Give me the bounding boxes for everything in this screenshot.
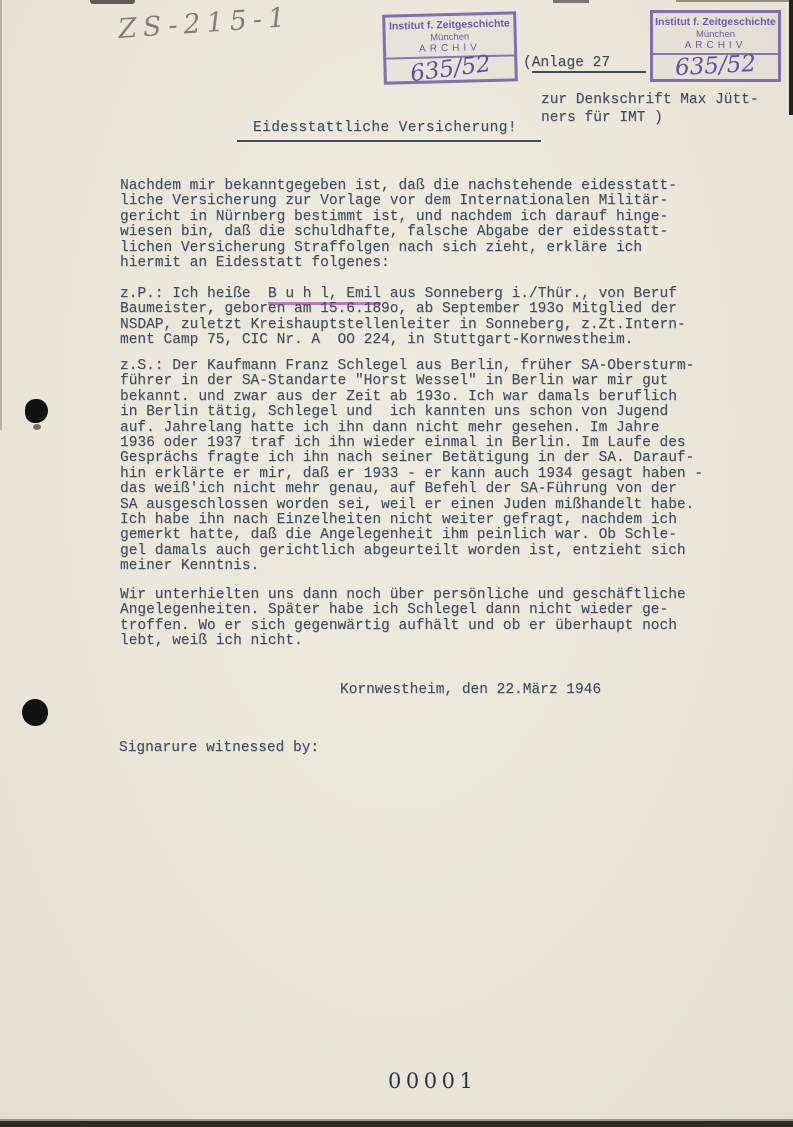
hole-punch-top bbox=[25, 399, 48, 423]
scan-edge-mark bbox=[90, 0, 135, 4]
document-title: Eidesstattliche Versicherung! bbox=[237, 121, 541, 142]
p2-trailing-text: aus Sonneberg i./Thür., von Beruf bbox=[381, 286, 677, 302]
document-title-text: Eidesstattliche Versicherung! bbox=[253, 120, 517, 136]
paragraph-intro: Nachdem mir bekanntgegeben ist, daß die … bbox=[120, 179, 677, 271]
date-line: Kornwestheim, den 22.März 1946 bbox=[340, 683, 601, 698]
anlage-note: (Anlage 27 bbox=[523, 56, 646, 71]
page-number: 00001 bbox=[388, 1069, 477, 1093]
stamp-handwritten-number: 635/52 bbox=[653, 52, 779, 81]
scan-edge-mark bbox=[676, 0, 793, 2]
scanned-document-page: ZS-215-1 Institut f. Zeitgeschichte Münc… bbox=[0, 0, 793, 1127]
scan-edge-mark bbox=[0, 1121, 793, 1127]
p2-lead-text: z.P.: Ich heiße bbox=[120, 286, 268, 302]
signature-witness-line: Signarure witnessed by: bbox=[119, 741, 319, 756]
stamp-institute-line: Institut f. Zeitgeschichte bbox=[653, 16, 778, 28]
scan-edge-mark bbox=[0, 0, 2, 430]
scan-edge-mark bbox=[553, 0, 589, 3]
paragraph-statement: z.S.: Der Kaufmann Franz Schlegel aus Be… bbox=[120, 359, 703, 575]
archive-stamp-center: Institut f. Zeitgeschichte München ARCHI… bbox=[382, 11, 518, 84]
archive-stamp-right: Institut f. Zeitgeschichte München ARCHI… bbox=[650, 10, 781, 82]
denkschrift-note: zur Denkschrift Max Jütt- ners für IMT ) bbox=[541, 92, 759, 127]
stamp-city-line: München bbox=[653, 29, 778, 40]
ink-smudge bbox=[33, 424, 41, 430]
paragraph-closing: Wir unterhielten uns dann noch über pers… bbox=[120, 588, 686, 650]
hole-punch-bottom bbox=[22, 699, 48, 726]
paragraph-personal-details: z.P.: Ich heiße B u h l, Emil aus Sonneb… bbox=[120, 287, 686, 349]
anlage-paren: ( bbox=[523, 55, 532, 71]
scan-edge-mark bbox=[789, 0, 793, 115]
anlage-underlined-text: Anlage 27 bbox=[532, 55, 646, 73]
handwritten-archive-ref: ZS-215-1 bbox=[117, 2, 292, 45]
p2-rest-text: Baumeister, geboren am 15.6.189o, ab Sep… bbox=[120, 301, 686, 348]
